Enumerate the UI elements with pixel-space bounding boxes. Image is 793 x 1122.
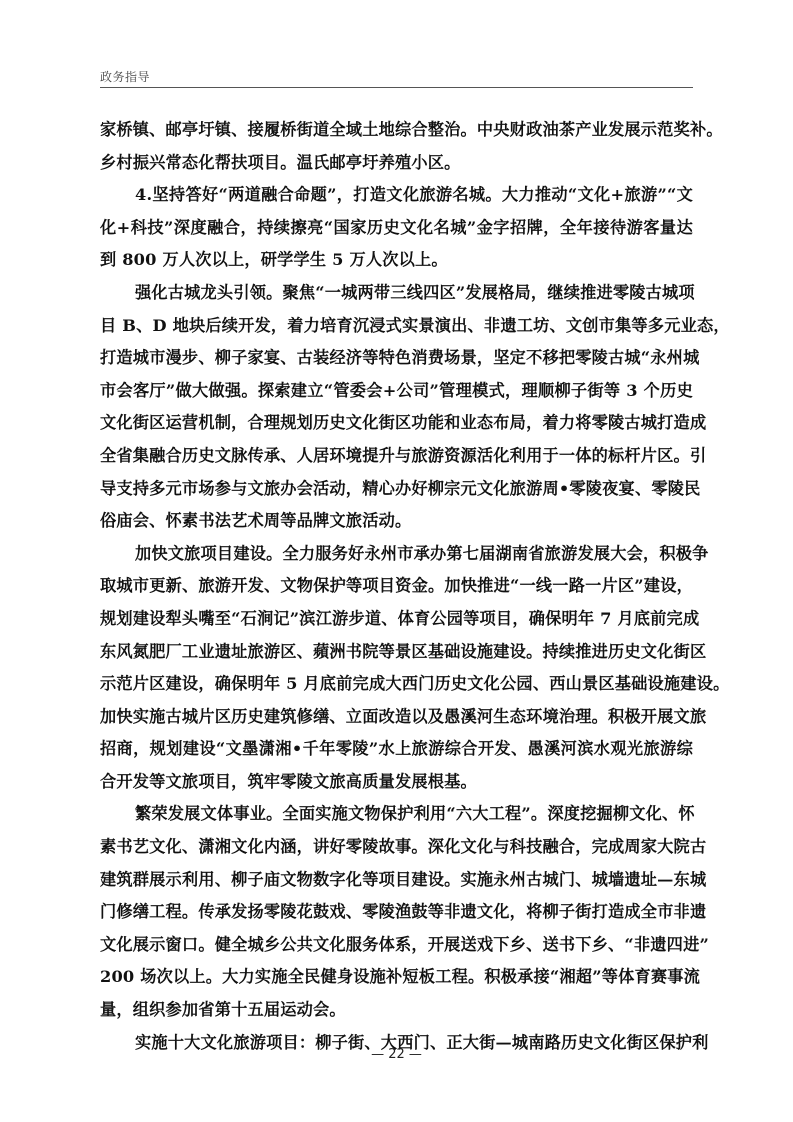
text-line: 取城市更新、旅游开发、文物保护等项目资金。加快推进“一线一路一片区”建设，: [100, 570, 693, 603]
text-line: 东风氮肥厂工业遗址旅游区、蘋洲书院等景区基础设施建设。持续推进历史文化街区: [100, 636, 693, 669]
text-line: 4.坚持答好“两道融合命题”，打造文化旅游名城。大力推动“文化+旅游”“文: [100, 179, 693, 212]
text-line: 到 800 万人次以上，研学学生 5 万人次以上。: [100, 244, 693, 277]
text-line: 合开发等文旅项目，筑牢零陵文旅高质量发展根基。: [100, 766, 693, 799]
text-line: 200 场次以上。大力实施全民健身设施补短板工程。积极承接“湘超”等体育赛事流: [100, 961, 693, 994]
document-body: 家桥镇、邮亭圩镇、接履桥街道全域土地综合整治。中央财政油茶产业发展示范奖补。 乡…: [100, 114, 693, 1059]
paragraph: 繁荣发展文体事业。全面实施文物保护利用“六大工程”。深度挖掘柳文化、怀 素书艺文…: [100, 798, 693, 1026]
text-line: 目 B、D 地块后续开发，着力培育沉浸式实景演出、非遗工坊、文创市集等多元业态，: [100, 310, 693, 343]
paragraph: 加快文旅项目建设。全力服务好永州市承办第七届湖南省旅游发展大会，积极争 取城市更…: [100, 538, 693, 799]
paragraph: 家桥镇、邮亭圩镇、接履桥街道全域土地综合整治。中央财政油茶产业发展示范奖补。 乡…: [100, 114, 693, 179]
text-line: 建筑群展示利用、柳子庙文物数字化等项目建设。实施永州古城门、城墙遗址—东城: [100, 864, 693, 897]
text-line: 化+科技”深度融合，持续擦亮“国家历史文化名城”金字招牌，全年接待游客量达: [100, 212, 693, 245]
text-line: 打造城市漫步、柳子家宴、古装经济等特色消费场景，坚定不移把零陵古城“永州城: [100, 342, 693, 375]
text-line: 文化展示窗口。健全城乡公共文化服务体系，开展送戏下乡、送书下乡、“非遗四进”: [100, 929, 693, 962]
text-line: 繁荣发展文体事业。全面实施文物保护利用“六大工程”。深度挖掘柳文化、怀: [100, 798, 693, 831]
paragraph: 强化古城龙头引领。聚焦“一城两带三线四区”发展格局，继续推进零陵古城项 目 B、…: [100, 277, 693, 538]
text-line: 示范片区建设，确保明年 5 月底前完成大西门历史文化公园、西山景区基础设施建设。: [100, 668, 693, 701]
text-line: 招商，规划建设“文墨潇湘•千年零陵”水上旅游综合开发、愚溪河滨水观光旅游综: [100, 733, 693, 766]
text-line: 加快文旅项目建设。全力服务好永州市承办第七届湖南省旅游发展大会，积极争: [100, 538, 693, 571]
text-line: 规划建设犁头嘴至“石涧记”滨江游步道、体育公园等项目，确保明年 7 月底前完成: [100, 603, 693, 636]
text-line: 市会客厅”做大做强。探索建立“管委会+公司”管理模式，理顺柳子街等 3 个历史: [100, 375, 693, 408]
text-line: 门修缮工程。传承发扬零陵花鼓戏、零陵渔鼓等非遗文化，将柳子街打造成全市非遗: [100, 896, 693, 929]
text-line: 强化古城龙头引领。聚焦“一城两带三线四区”发展格局，继续推进零陵古城项: [100, 277, 693, 310]
text-line: 导支持多元市场参与文旅办会活动，精心办好柳宗元文化旅游周•零陵夜宴、零陵民: [100, 473, 693, 506]
text-line: 量，组织参加省第十五届运动会。: [100, 994, 693, 1027]
page-number: — 22 —: [0, 1047, 793, 1062]
paragraph-section-heading: 4.坚持答好“两道融合命题”，打造文化旅游名城。大力推动“文化+旅游”“文 化+…: [100, 179, 693, 277]
running-header-title: 政务指导: [100, 70, 150, 84]
text-line: 素书艺文化、潇湘文化内涵，讲好零陵故事。深化文化与科技融合，完成周家大院古: [100, 831, 693, 864]
text-line: 俗庙会、怀素书法艺术周等品牌文旅活动。: [100, 505, 693, 538]
text-line: 加快实施古城片区历史建筑修缮、立面改造以及愚溪河生态环境治理。积极开展文旅: [100, 701, 693, 734]
running-header: 政务指导: [100, 66, 693, 88]
text-line: 家桥镇、邮亭圩镇、接履桥街道全域土地综合整治。中央财政油茶产业发展示范奖补。: [100, 114, 693, 147]
text-line: 乡村振兴常态化帮扶项目。温氏邮亭圩养殖小区。: [100, 147, 693, 180]
text-line: 全省集融合历史文脉传承、人居环境提升与旅游资源活化利用于一体的标杆片区。引: [100, 440, 693, 473]
text-line: 文化街区运营机制，合理规划历史文化街区功能和业态布局，着力将零陵古城打造成: [100, 407, 693, 440]
